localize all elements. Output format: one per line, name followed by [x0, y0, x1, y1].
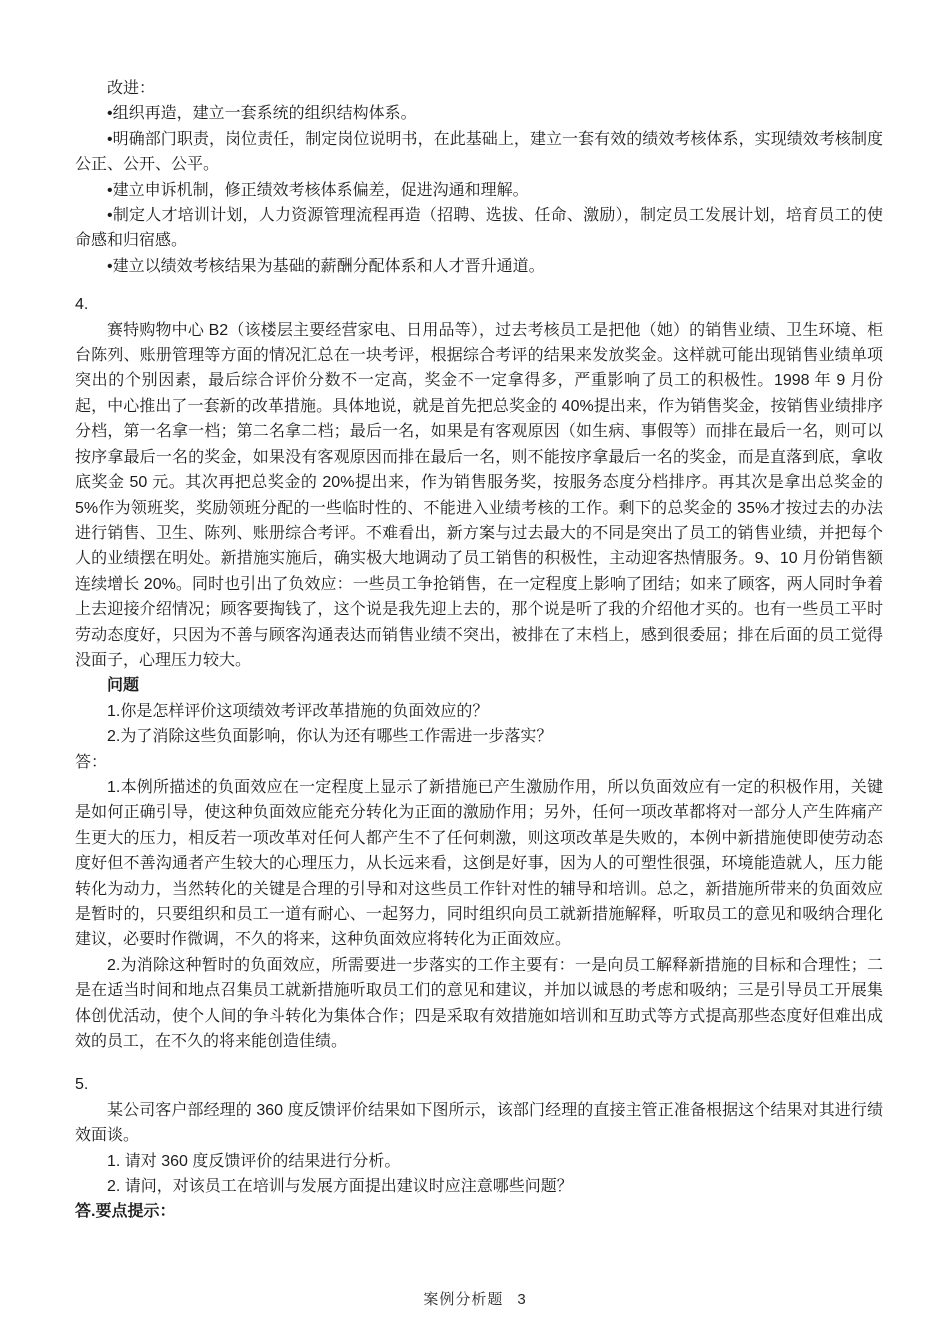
case-5-question-1: 1. 请对 360 度反馈评价的结果进行分析。	[75, 1149, 883, 1174]
case-5-question-2: 2. 请问，对该员工在培训与发展方面提出建议时应注意哪些问题？	[75, 1174, 883, 1199]
case-4-section: 4. 赛特购物中心 B2（该楼层主要经营家电、日用品等），过去考核员工是把他（她…	[75, 292, 883, 1054]
case-4-question-2: 2.为了消除这些负面影响，你认为还有哪些工作需进一步落实？	[75, 724, 883, 749]
improvement-bullet-3: •建立申诉机制，修正绩效考核体系偏差，促进沟通和理解。	[75, 178, 883, 203]
improvement-bullet-5: •建立以绩效考核结果为基础的薪酬分配体系和人才晋升通道。	[75, 254, 883, 279]
document-body: 改进： •组织再造，建立一套系统的组织结构体系。 •明确部门职责，岗位责任，制定…	[0, 0, 950, 1225]
case-5-section: 5. 某公司客户部经理的 360 度反馈评价结果如下图所示，该部门经理的直接主管…	[75, 1072, 883, 1224]
case-5-intro: 某公司客户部经理的 360 度反馈评价结果如下图所示，该部门经理的直接主管正准备…	[75, 1098, 883, 1149]
case-5-number: 5.	[75, 1072, 883, 1097]
case-4-answer-1: 1.本例所描述的负面效应在一定程度上显示了新措施已产生激励作用，所以负面效应有一…	[75, 775, 883, 953]
document-page: 改进： •组织再造，建立一套系统的组织结构体系。 •明确部门职责，岗位责任，制定…	[0, 0, 950, 1344]
footer-page-number: 3	[517, 1291, 526, 1308]
page-footer: 案例分析题3	[0, 1288, 950, 1309]
case-4-text: 赛特购物中心 B2（该楼层主要经营家电、日用品等），过去考核员工是把他（她）的销…	[75, 318, 883, 674]
case-4-answer-label: 答：	[75, 750, 883, 775]
case-4-questions-heading: 问题	[75, 673, 883, 698]
improvement-heading: 改进：	[75, 76, 883, 101]
improvement-bullet-2: •明确部门职责，岗位责任，制定岗位说明书，在此基础上，建立一套有效的绩效考核体系…	[75, 127, 883, 178]
footer-label: 案例分析题	[423, 1291, 503, 1308]
improvement-section: 改进： •组织再造，建立一套系统的组织结构体系。 •明确部门职责，岗位责任，制定…	[75, 76, 883, 279]
case-4-question-1: 1.你是怎样评价这项绩效考评改革措施的负面效应的？	[75, 699, 883, 724]
case-4-answer-2: 2.为消除这种暂时的负面效应，所需要进一步落实的工作主要有：一是向员工解释新措施…	[75, 953, 883, 1055]
case-5-answer-heading: 答.要点提示：	[75, 1199, 883, 1224]
case-4-number: 4.	[75, 292, 883, 317]
improvement-bullet-4: •制定人才培训计划，人力资源管理流程再造（招聘、选拔、任命、激励），制定员工发展…	[75, 203, 883, 254]
improvement-bullet-1: •组织再造，建立一套系统的组织结构体系。	[75, 101, 883, 126]
